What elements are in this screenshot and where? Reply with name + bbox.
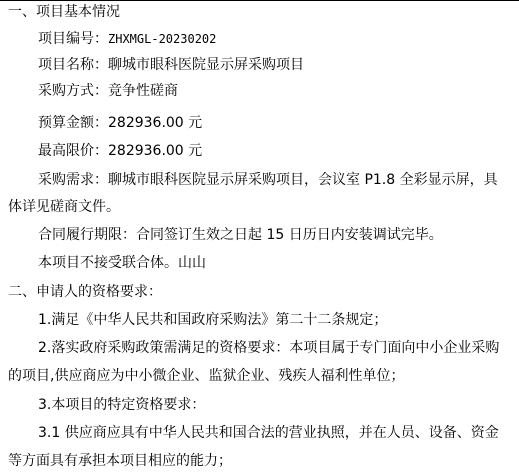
requirement-2-line2: 的项目,供应商应为中小微企业、监狱企业、残疾人福利性单位； — [8, 368, 404, 384]
consortium-note: 本项目不接受联合体。山山 — [38, 255, 206, 271]
requirement-2-line1: 2.落实政府采购政策需满足的资格要求：本项目属于专门面向中小企业采购 — [38, 340, 499, 356]
budget-label: 预算金额： — [38, 115, 108, 131]
requirement-3-1-line2: 等方面具有承担本项目相应的能力； — [8, 453, 232, 469]
section-heading-basic-info: 一、项目基本情况 — [8, 4, 120, 20]
procurement-method-label: 采购方式： — [38, 83, 108, 99]
project-number-label: 项目编号： — [38, 31, 108, 47]
requirement-3: 3.本项目的特定资格要求： — [38, 397, 205, 413]
project-number-row: 项目编号：ZHXMGL-20230202 — [38, 31, 216, 47]
procurement-demand-line2: 体详见磋商文件。 — [8, 199, 120, 215]
procurement-demand-line1: 采购需求：聊城市眼科医院显示屏采购项目，会议室 P1.8 全彩显示屏，具 — [38, 172, 498, 188]
procurement-method-row: 采购方式：竞争性磋商 — [38, 83, 178, 99]
budget-row: 预算金额：282936.00 元 — [38, 115, 202, 131]
project-name-row: 项目名称：聊城市眼科医院显示屏采购项目 — [38, 57, 304, 73]
project-name-label: 项目名称： — [38, 57, 108, 73]
procurement-method-value: 竞争性磋商 — [108, 83, 178, 99]
project-number-value: ZHXMGL-20230202 — [108, 32, 216, 46]
section-heading-qualifications: 二、申请人的资格要求： — [8, 284, 162, 300]
contract-period: 合同履行期限：合同签订生效之日起 15 日历日内安装调试完毕。 — [38, 227, 443, 243]
requirement-1: 1.满足《中华人民共和国政府采购法》第二十二条规定； — [38, 312, 387, 328]
budget-value: 282936.00 元 — [108, 115, 202, 131]
document-page: 一、项目基本情况 项目编号：ZHXMGL-20230202 项目名称：聊城市眼科… — [0, 0, 519, 473]
project-name-value: 聊城市眼科医院显示屏采购项目 — [108, 57, 304, 73]
max-price-value: 282936.00 元 — [108, 143, 202, 159]
max-price-label: 最高限价： — [38, 143, 108, 159]
requirement-3-1-line1: 3.1 供应商应具有中华人民共和国合法的营业执照，并在人员、设备、资金 — [38, 425, 499, 441]
max-price-row: 最高限价：282936.00 元 — [38, 143, 202, 159]
